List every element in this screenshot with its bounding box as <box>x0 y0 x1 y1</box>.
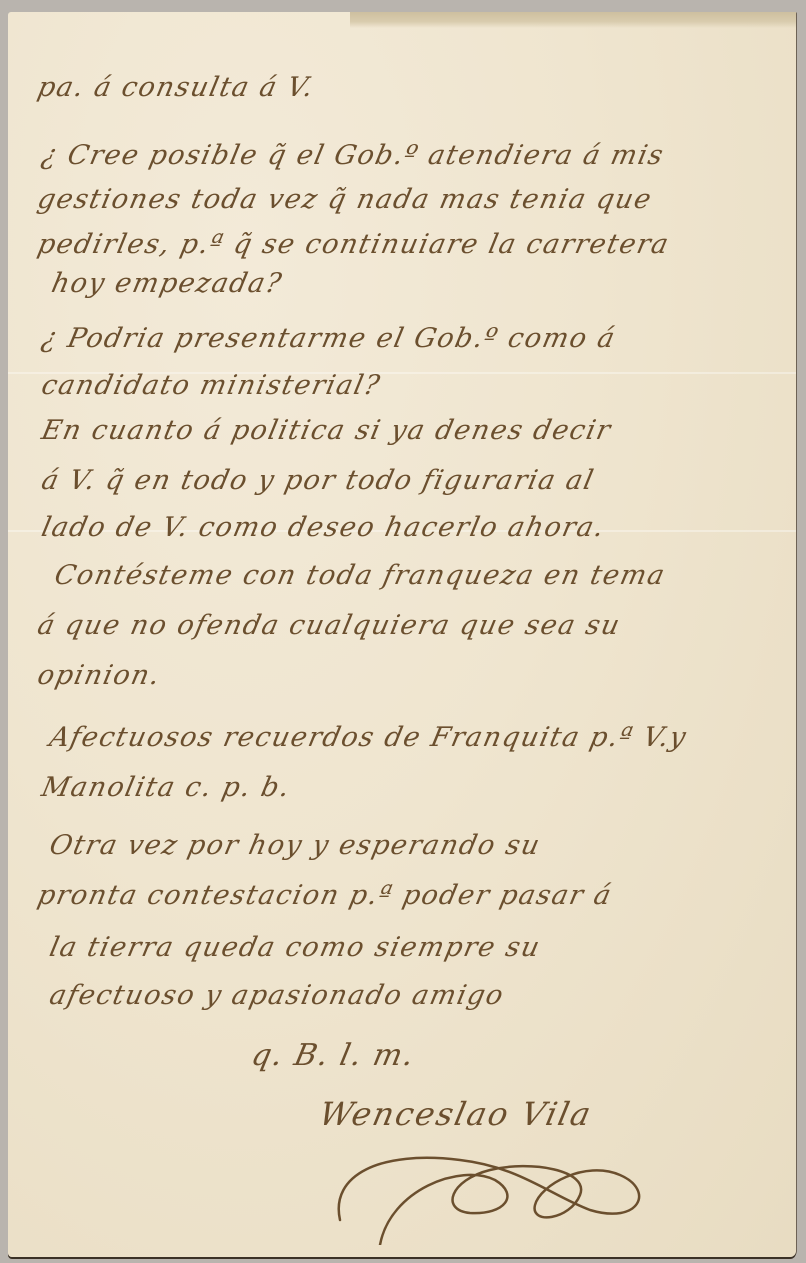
letter-line: hoy empezada? <box>49 268 286 299</box>
signature-flourish-icon <box>320 1135 660 1245</box>
letter-line: Contésteme con toda franqueza en tema <box>52 560 669 591</box>
letter-line: pedirles, p.ª q̃ se continuiare la carre… <box>35 229 673 260</box>
closing-abbreviation: q. B. l. m. <box>248 1038 418 1073</box>
letter-line: á V. q̃ en todo y por todo figuraria al <box>39 465 598 496</box>
folded-top-edge <box>350 12 796 28</box>
letter-line: opinion. <box>35 660 164 691</box>
letter-line: á que no ofenda cualquiera que sea su <box>35 610 624 641</box>
letter-line: pa. á consulta á V. <box>35 72 318 103</box>
letter-line: Afectuosos recuerdos de Franquita p.ª V.… <box>47 722 690 753</box>
letter-line: afectuoso y apasionado amigo <box>47 980 508 1011</box>
letter-line: candidato ministerial? <box>39 370 384 401</box>
letter-line: Manolita c. p. b. <box>39 772 294 803</box>
letter-line: la tierra queda como siempre su <box>47 932 544 963</box>
letter-line: pronta contestacion p.ª poder pasar á <box>35 880 615 911</box>
signature: Wenceslao Vila <box>316 1095 596 1133</box>
letter-line: ¿ Cree posible q̃ el Gob.º atendiera á m… <box>39 140 667 171</box>
letter-line: lado de V. como deseo hacerlo ahora. <box>39 512 608 543</box>
letter-line: En cuanto á politica si ya denes decir <box>39 415 615 446</box>
letter-line: Otra vez por hoy y esperando su <box>47 830 544 861</box>
letter-line: ¿ Podria presentarme el Gob.º como á <box>39 323 619 354</box>
letter-line: gestiones toda vez q̃ nada mas tenia que <box>35 184 656 215</box>
